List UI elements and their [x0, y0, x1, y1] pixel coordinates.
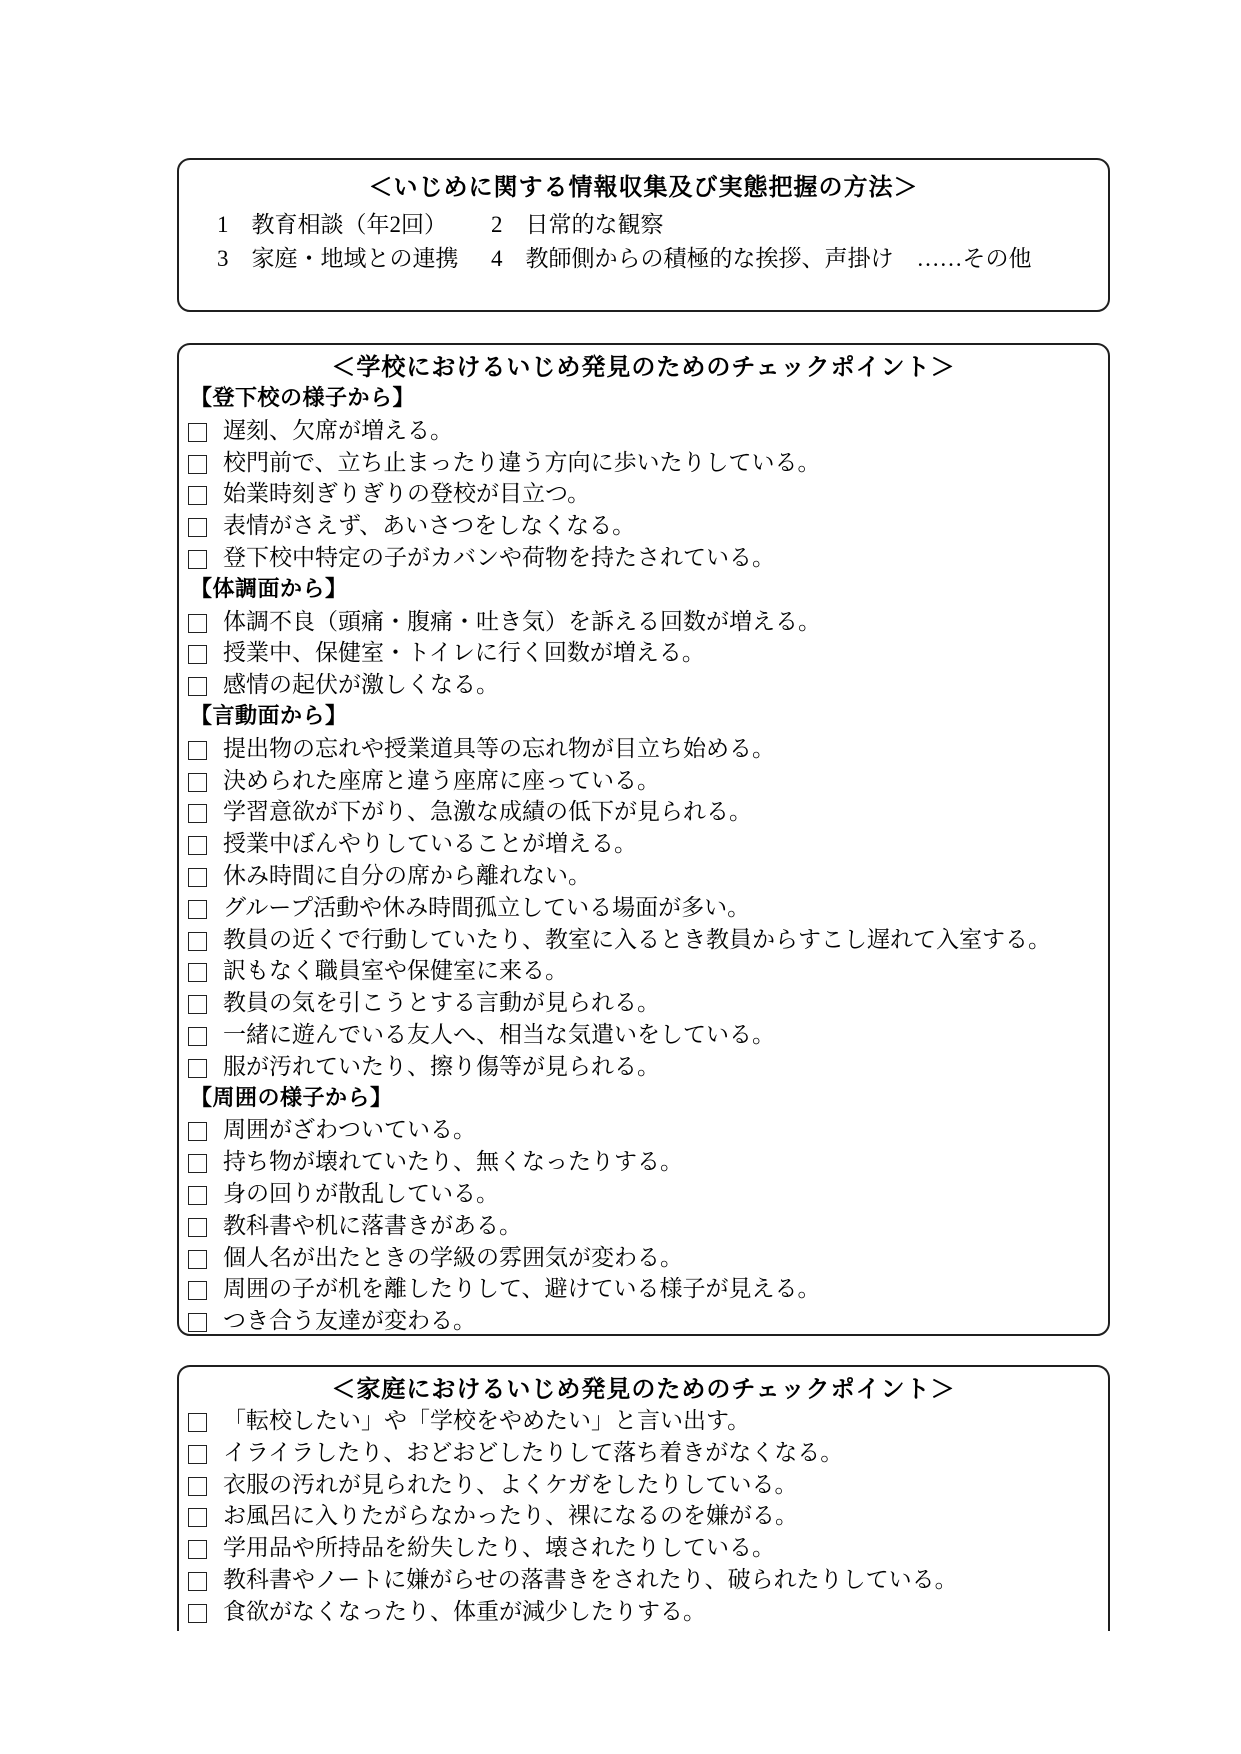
checklist-item: つき合う友達が変わる。 — [179, 1305, 1108, 1337]
checklist-item-label: お風呂に入りたがらなかったり、裸になるのを嫌がる。 — [223, 1500, 798, 1532]
checklist-item-label: イライラしたり、おどおどしたりして落ち着きがなくなる。 — [223, 1437, 843, 1469]
checklist-item-label: 教員の近くで行動していたり、教室に入るとき教員からすこし遅れて入室する。 — [223, 924, 1051, 956]
checklist-item: 感情の起伏が激しくなる。 — [179, 669, 1108, 701]
checklist-item: 持ち物が壊れていたり、無くなったりする。 — [179, 1146, 1108, 1178]
checklist-item: 体調不良（頭痛・腹痛・吐き気）を訴える回数が増える。 — [179, 606, 1108, 638]
checklist-item: 食欲がなくなったり、体重が減少したりする。 — [179, 1596, 1108, 1628]
checklist-item-label: 教科書や机に落書きがある。 — [223, 1210, 522, 1242]
checklist-item: 授業中ぼんやりしていることが増える。 — [179, 828, 1108, 860]
checklist-item: 服が汚れていたり、擦り傷等が見られる。 — [179, 1051, 1108, 1083]
checklist-item: 始業時刻ぎりぎりの登校が目立つ。 — [179, 478, 1108, 510]
section-heading: 【周囲の様子から】 — [179, 1083, 1108, 1115]
checkbox-icon — [188, 804, 207, 823]
checkbox-icon — [188, 1604, 207, 1623]
checkbox-icon — [188, 741, 207, 760]
method-box: ＜いじめに関する情報収集及び実態把握の方法＞ 1 教育相談（年2回） 2 日常的… — [177, 158, 1110, 312]
checklist-item-label: 身の回りが散乱している。 — [223, 1178, 499, 1210]
checklist-item-label: 食欲がなくなったり、体重が減少したりする。 — [223, 1596, 706, 1628]
checkbox-icon — [188, 486, 207, 505]
checklist-item: 「転校したい」や「学校をやめたい」と言い出す。 — [179, 1405, 1108, 1437]
checklist-item: 教員の近くで行動していたり、教室に入るとき教員からすこし遅れて入室する。 — [179, 924, 1108, 956]
checklist-item-label: 持ち物が壊れていたり、無くなったりする。 — [223, 1146, 683, 1178]
checkbox-icon — [188, 1154, 207, 1173]
checklist-item: 周囲がざわついている。 — [179, 1114, 1108, 1146]
home-checkpoints-box: ＜家庭におけるいじめ発見のためのチェックポイント＞ 「転校したい」や「学校をやめ… — [177, 1365, 1110, 1631]
checkbox-icon — [188, 1313, 207, 1332]
checkbox-icon — [188, 677, 207, 696]
checklist-item-label: 「転校したい」や「学校をやめたい」と言い出す。 — [223, 1405, 750, 1437]
checklist-item: 身の回りが散乱している。 — [179, 1178, 1108, 1210]
checklist-item: イライラしたり、おどおどしたりして落ち着きがなくなる。 — [179, 1437, 1108, 1469]
home-checklist: 「転校したい」や「学校をやめたい」と言い出す。イライラしたり、おどおどしたりして… — [179, 1405, 1108, 1628]
checklist-item: 提出物の忘れや授業道具等の忘れ物が目立ち始める。 — [179, 733, 1108, 765]
checkbox-icon — [188, 1250, 207, 1269]
checkbox-icon — [188, 963, 207, 982]
checklist-item-label: 決められた座席と違う座席に座っている。 — [223, 765, 660, 797]
checklist-item-label: 服が汚れていたり、擦り傷等が見られる。 — [223, 1051, 660, 1083]
home-checkpoints-title: ＜家庭におけるいじめ発見のためのチェックポイント＞ — [179, 1367, 1108, 1405]
checklist-item: 教科書やノートに嫌がらせの落書きをされたり、破られたりしている。 — [179, 1564, 1108, 1596]
checklist-item-label: 校門前で、立ち止まったり違う方向に歩いたりしている。 — [223, 447, 821, 479]
checklist-item: 学用品や所持品を紛失したり、壊されたりしている。 — [179, 1532, 1108, 1564]
section-heading: 【体調面から】 — [179, 574, 1108, 606]
checklist-item-label: 訳もなく職員室や保健室に来る。 — [223, 955, 568, 987]
checkbox-icon — [188, 1413, 207, 1432]
checklist-item: 決められた座席と違う座席に座っている。 — [179, 765, 1108, 797]
checkbox-icon — [188, 1059, 207, 1078]
checkbox-icon — [188, 836, 207, 855]
checklist-item-label: 授業中ぼんやりしていることが増える。 — [223, 828, 637, 860]
checkbox-icon — [188, 773, 207, 792]
method-item-4: 4 教師側からの積極的な挨拶、声掛け ……その他 — [491, 242, 1032, 276]
checklist-item-label: 登下校中特定の子がカバンや荷物を持たされている。 — [223, 542, 775, 574]
checklist-item: 衣服の汚れが見られたり、よくケガをしたりしている。 — [179, 1469, 1108, 1501]
checkbox-icon — [188, 455, 207, 474]
checklist-item: 登下校中特定の子がカバンや荷物を持たされている。 — [179, 542, 1108, 574]
checkbox-icon — [188, 900, 207, 919]
checkbox-icon — [188, 645, 207, 664]
checklist-item: 教科書や机に落書きがある。 — [179, 1210, 1108, 1242]
checklist-item-label: 一緒に遊んでいる友人へ、相当な気遣いをしている。 — [223, 1019, 775, 1051]
method-item-3: 3 家庭・地域との連携 — [217, 242, 491, 276]
document-page: ＜いじめに関する情報収集及び実態把握の方法＞ 1 教育相談（年2回） 2 日常的… — [0, 0, 1241, 1754]
checklist-item-label: 表情がさえず、あいさつをしなくなる。 — [223, 510, 635, 542]
checklist-item-label: 衣服の汚れが見られたり、よくケガをしたりしている。 — [223, 1469, 798, 1501]
section-heading: 【言動面から】 — [179, 701, 1108, 733]
checkbox-icon — [188, 1122, 207, 1141]
checkbox-icon — [188, 1218, 207, 1237]
checklist-item-label: 個人名が出たときの学級の雰囲気が変わる。 — [223, 1242, 683, 1274]
checkbox-icon — [188, 1281, 207, 1300]
checkbox-icon — [188, 995, 207, 1014]
checklist-item-label: 感情の起伏が激しくなる。 — [223, 669, 499, 701]
checkbox-icon — [188, 614, 207, 633]
checklist-item: 遅刻、欠席が増える。 — [179, 415, 1108, 447]
checklist-item: 校門前で、立ち止まったり違う方向に歩いたりしている。 — [179, 447, 1108, 479]
method-list: 1 教育相談（年2回） 2 日常的な観察 3 家庭・地域との連携 4 教師側から… — [179, 202, 1108, 276]
school-checkpoints-box: ＜学校におけるいじめ発見のためのチェックポイント＞ 【登下校の様子から】遅刻、欠… — [177, 343, 1110, 1336]
method-row: 3 家庭・地域との連携 4 教師側からの積極的な挨拶、声掛け ……その他 — [217, 242, 1108, 276]
checkbox-icon — [188, 1540, 207, 1559]
checklist-item-label: 学用品や所持品を紛失したり、壊されたりしている。 — [223, 1532, 775, 1564]
checklist-item: グループ活動や休み時間孤立している場面が多い。 — [179, 892, 1108, 924]
checklist-item: 教員の気を引こうとする言動が見られる。 — [179, 987, 1108, 1019]
checklist-item-label: 教科書やノートに嫌がらせの落書きをされたり、破られたりしている。 — [223, 1564, 958, 1596]
school-checklist: 【登下校の様子から】遅刻、欠席が増える。校門前で、立ち止まったり違う方向に歩いた… — [179, 383, 1108, 1337]
checkbox-icon — [188, 1027, 207, 1046]
method-item-1: 1 教育相談（年2回） — [217, 208, 491, 242]
checklist-item-label: 学習意欲が下がり、急激な成績の低下が見られる。 — [223, 796, 752, 828]
checklist-item-label: 授業中、保健室・トイレに行く回数が増える。 — [223, 637, 705, 669]
checklist-item-label: 教員の気を引こうとする言動が見られる。 — [223, 987, 660, 1019]
checklist-item: 休み時間に自分の席から離れない。 — [179, 860, 1108, 892]
checkbox-icon — [188, 1477, 207, 1496]
method-item-2: 2 日常的な観察 — [491, 208, 664, 242]
checkbox-icon — [188, 932, 207, 951]
checklist-item: 一緒に遊んでいる友人へ、相当な気遣いをしている。 — [179, 1019, 1108, 1051]
checklist-item-label: 周囲の子が机を離したりして、避けている様子が見える。 — [223, 1273, 821, 1305]
checklist-item: 訳もなく職員室や保健室に来る。 — [179, 955, 1108, 987]
checkbox-icon — [188, 423, 207, 442]
checkbox-icon — [188, 1508, 207, 1527]
checkbox-icon — [188, 518, 207, 537]
checklist-item-label: グループ活動や休み時間孤立している場面が多い。 — [223, 892, 750, 924]
section-heading: 【登下校の様子から】 — [179, 383, 1108, 415]
checklist-item: お風呂に入りたがらなかったり、裸になるのを嫌がる。 — [179, 1500, 1108, 1532]
checkbox-icon — [188, 1186, 207, 1205]
checklist-item: 授業中、保健室・トイレに行く回数が増える。 — [179, 637, 1108, 669]
checklist-item-label: 休み時間に自分の席から離れない。 — [223, 860, 591, 892]
checkbox-icon — [188, 1572, 207, 1591]
checklist-item: 表情がさえず、あいさつをしなくなる。 — [179, 510, 1108, 542]
checklist-item-label: 周囲がざわついている。 — [223, 1114, 476, 1146]
checkbox-icon — [188, 550, 207, 569]
checklist-item: 個人名が出たときの学級の雰囲気が変わる。 — [179, 1242, 1108, 1274]
method-box-title: ＜いじめに関する情報収集及び実態把握の方法＞ — [179, 160, 1108, 202]
checklist-item-label: 遅刻、欠席が増える。 — [223, 415, 453, 447]
school-checkpoints-title: ＜学校におけるいじめ発見のためのチェックポイント＞ — [179, 345, 1108, 383]
checklist-item: 周囲の子が机を離したりして、避けている様子が見える。 — [179, 1273, 1108, 1305]
checkbox-icon — [188, 1445, 207, 1464]
checklist-item-label: 提出物の忘れや授業道具等の忘れ物が目立ち始める。 — [223, 733, 775, 765]
checklist-item-label: 体調不良（頭痛・腹痛・吐き気）を訴える回数が増える。 — [223, 606, 821, 638]
method-row: 1 教育相談（年2回） 2 日常的な観察 — [217, 208, 1108, 242]
checklist-item: 学習意欲が下がり、急激な成績の低下が見られる。 — [179, 796, 1108, 828]
checklist-item-label: 始業時刻ぎりぎりの登校が目立つ。 — [223, 478, 590, 510]
checklist-item-label: つき合う友達が変わる。 — [223, 1305, 476, 1337]
checkbox-icon — [188, 868, 207, 887]
